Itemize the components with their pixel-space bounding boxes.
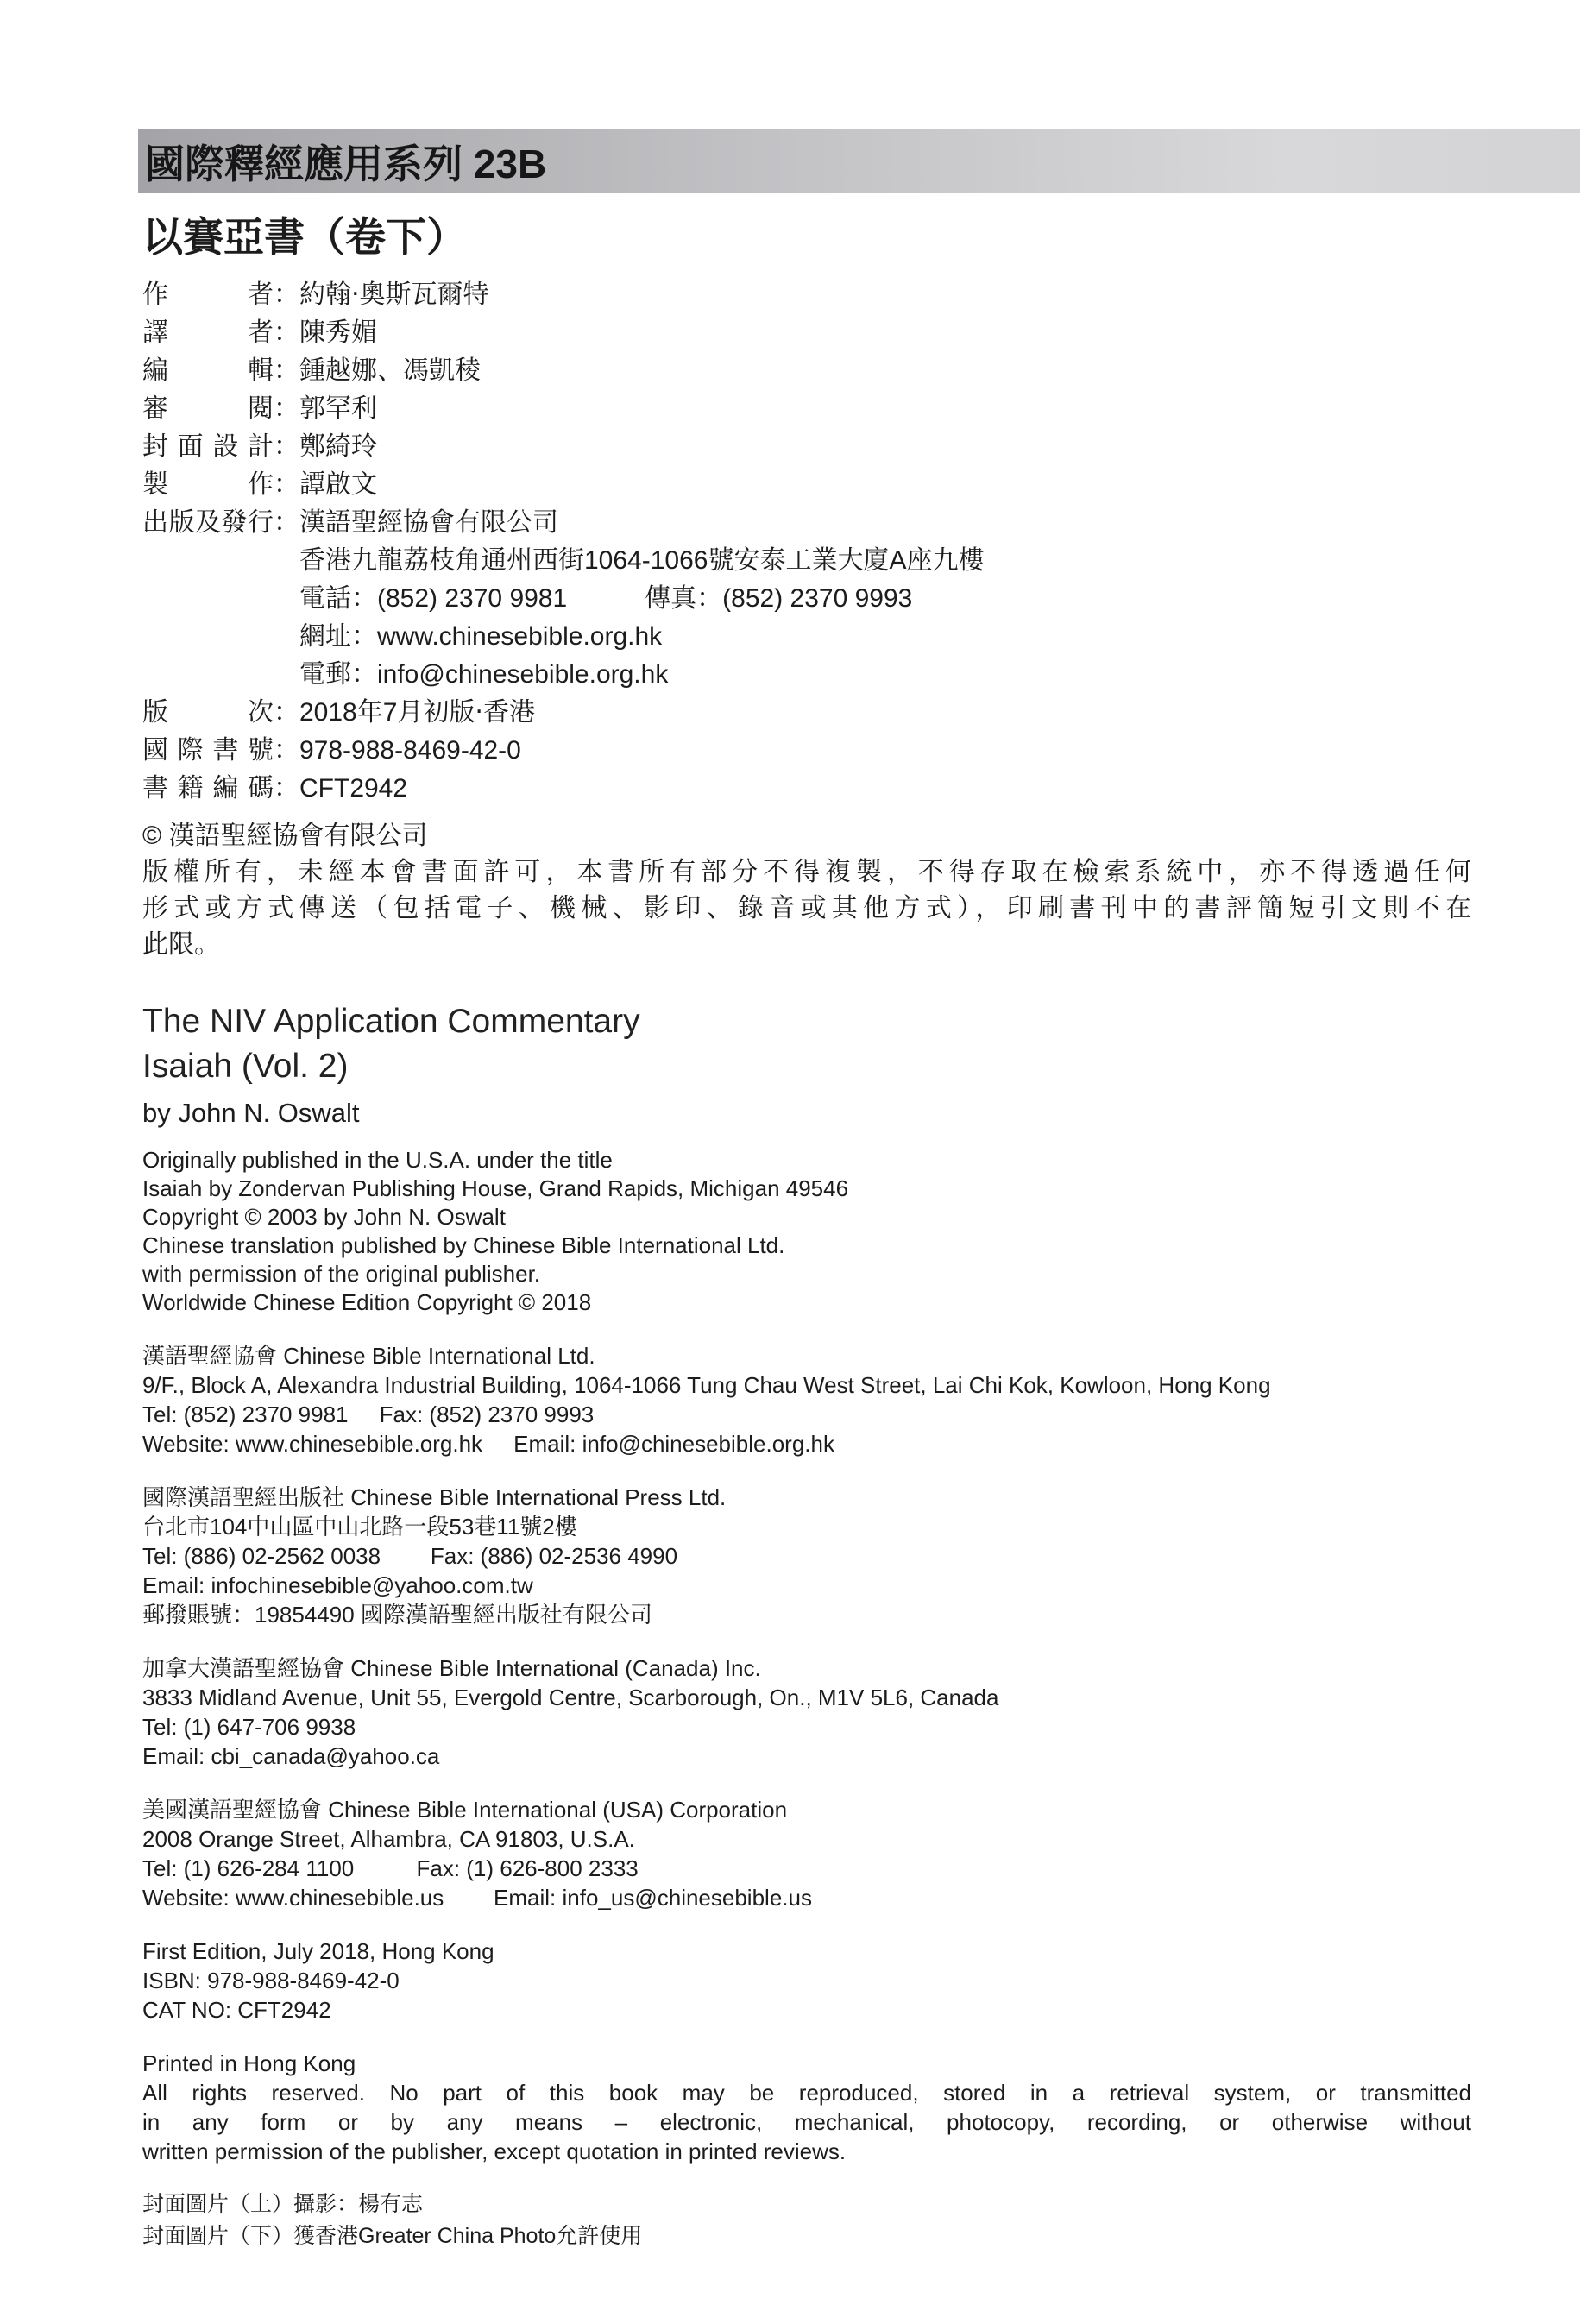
rights-notice-line: written permission of the publisher, exc… — [142, 2137, 1471, 2166]
publisher-email: 電郵：info@chinesebible.org.hk — [299, 656, 1471, 694]
credit-value: CFT2942 — [299, 770, 407, 808]
original-edition-line: with permission of the original publishe… — [142, 1260, 1471, 1288]
credit-colon: ： — [274, 390, 299, 428]
credit-colon: ： — [274, 504, 299, 542]
credit-row-cover-design: 封面設計：鄭綺玲 — [142, 428, 1471, 466]
cover-credits-block: 封面圖片（上）攝影：楊有志 封面圖片（下）獲香港Greater China Ph… — [142, 2189, 1471, 2252]
credit-label: 作者 — [142, 276, 274, 314]
credit-row-editor: 編輯：鍾越娜、馮凱稜 — [142, 352, 1471, 390]
office-tel-fax: Tel: (1) 626-284 1100 Fax: (1) 626-800 2… — [142, 1854, 1471, 1883]
credit-label: 封面設計 — [142, 428, 274, 466]
credit-row-author: 作者：約翰‧奧斯瓦爾特 — [142, 276, 1471, 314]
office-website-email: Website: www.chinesebible.us Email: info… — [142, 1883, 1471, 1912]
publisher-website: 網址：www.chinesebible.org.hk — [299, 618, 1471, 656]
copyright-notice-line: 版權所有，未經本會書面許可，本書所有部分不得複製，不得存取在檢索系統中，亦不得透… — [142, 854, 1471, 891]
edition-info-block: First Edition, July 2018, Hong Kong ISBN… — [142, 1937, 1471, 2025]
colophon-page: 以賽亞書（卷下） 作者：約翰‧奧斯瓦爾特 譯者：陳秀媚 編輯：鍾越娜、馮凱稜 審… — [142, 212, 1471, 2252]
credit-colon: ： — [274, 770, 299, 808]
original-edition-line: Isaiah by Zondervan Publishing House, Gr… — [142, 1175, 1471, 1203]
office-canada: 加拿大漢語聖經協會 Chinese Bible International (C… — [142, 1653, 1471, 1771]
office-tel-fax: Tel: (852) 2370 9981 Fax: (852) 2370 999… — [142, 1400, 1471, 1429]
english-title-line2: Isaiah (Vol. 2) — [142, 1044, 1471, 1089]
printed-location: Printed in Hong Kong — [142, 2049, 1471, 2078]
original-edition-block: Originally published in the U.S.A. under… — [142, 1146, 1471, 1317]
credit-label: 製作 — [142, 466, 274, 504]
credit-label: 國際書號 — [142, 732, 274, 770]
credit-row-isbn: 國際書號：978-988-8469-42-0 — [142, 732, 1471, 770]
book-title: 以賽亞書（卷下） — [142, 212, 1471, 262]
first-edition-line: First Edition, July 2018, Hong Kong — [142, 1937, 1471, 1966]
cover-credit-bottom: 封面圖片（下）獲香港Greater China Photo允許使用 — [142, 2220, 1471, 2252]
credit-row-publisher-block: 出版及發行：漢語聖經協會有限公司 香港九龍荔枝角通州西街1064-1066號安泰… — [142, 504, 1471, 694]
credit-value: 鄭綺玲 — [299, 428, 377, 466]
credit-value: 978-988-8469-42-0 — [299, 732, 521, 770]
office-email: Email: cbi_canada@yahoo.ca — [142, 1741, 1471, 1771]
original-edition-line: Copyright © 2003 by John N. Oswalt — [142, 1203, 1471, 1231]
office-address: 台北市104中山區中山北路一段53巷11號2樓 — [142, 1512, 1471, 1541]
office-postal-account: 郵撥賬號：19854490 國際漢語聖經出版社有限公司 — [142, 1600, 1471, 1629]
printed-block: Printed in Hong Kong All rights reserved… — [142, 2049, 1471, 2166]
copyright-owner: © 漢語聖經協會有限公司 — [142, 818, 1471, 854]
original-edition-line: Chinese translation published by Chinese… — [142, 1231, 1471, 1260]
credit-row-reviewer: 審閱：郭罕利 — [142, 390, 1471, 428]
original-edition-line: Worldwide Chinese Edition Copyright © 20… — [142, 1288, 1471, 1317]
credit-value: 譚啟文 — [299, 466, 377, 504]
credit-row-edition: 版次：2018年7月初版‧香港 — [142, 694, 1471, 732]
series-banner: 國際釋經應用系列 23B — [138, 129, 1580, 193]
english-title: The NIV Application Commentary Isaiah (V… — [142, 999, 1471, 1089]
credit-label: 版次 — [142, 694, 274, 732]
rights-notice-line: All rights reserved. No part of this boo… — [142, 2078, 1471, 2107]
credit-value: 陳秀媚 — [299, 314, 377, 352]
office-address: 9/F., Block A, Alexandra Industrial Buil… — [142, 1370, 1471, 1400]
credit-row-translator: 譯者：陳秀媚 — [142, 314, 1471, 352]
credit-label: 譯者 — [142, 314, 274, 352]
publisher-address: 香港九龍荔枝角通州西街1064-1066號安泰工業大廈A座九樓 — [299, 542, 1471, 580]
byline: by John N. Oswalt — [142, 1096, 1471, 1131]
credit-label: 審閱 — [142, 390, 274, 428]
credits-list: 作者：約翰‧奧斯瓦爾特 譯者：陳秀媚 編輯：鍾越娜、馮凱稜 審閱：郭罕利 封面設… — [142, 276, 1471, 808]
cat-no-line: CAT NO: CFT2942 — [142, 1995, 1471, 2025]
series-banner-text: 國際釋經應用系列 23B — [145, 133, 546, 190]
credit-colon: ： — [274, 314, 299, 352]
isbn-line: ISBN: 978-988-8469-42-0 — [142, 1966, 1471, 1995]
office-address: 2008 Orange Street, Alhambra, CA 91803, … — [142, 1824, 1471, 1854]
office-usa: 美國漢語聖經協會 Chinese Bible International (US… — [142, 1795, 1471, 1912]
office-name: 加拿大漢語聖經協會 Chinese Bible International (C… — [142, 1653, 1471, 1683]
office-name: 漢語聖經協會 Chinese Bible International Ltd. — [142, 1341, 1471, 1370]
copyright-notice-line: 此限。 — [142, 927, 1471, 963]
credit-label: 編輯 — [142, 352, 274, 390]
credit-colon: ： — [274, 276, 299, 314]
office-website-email: Website: www.chinesebible.org.hk Email: … — [142, 1429, 1471, 1458]
office-name: 美國漢語聖經協會 Chinese Bible International (US… — [142, 1795, 1471, 1824]
copyright-notice-line: 形式或方式傳送（包括電子、機械、影印、錄音或其他方式），印刷書刊中的書評簡短引文… — [142, 891, 1471, 927]
credit-colon: ： — [274, 428, 299, 466]
office-address: 3833 Midland Avenue, Unit 55, Evergold C… — [142, 1683, 1471, 1712]
credit-label: 出版及發行 — [142, 504, 274, 542]
credit-row-publisher: 出版及發行：漢語聖經協會有限公司 — [142, 504, 1471, 542]
original-edition-line: Originally published in the U.S.A. under… — [142, 1146, 1471, 1175]
credit-colon: ： — [274, 352, 299, 390]
office-tel-fax: Tel: (886) 02-2562 0038 Fax: (886) 02-25… — [142, 1541, 1471, 1571]
office-name: 國際漢語聖經出版社 Chinese Bible International Pr… — [142, 1483, 1471, 1512]
credit-label: 書籍編碼 — [142, 770, 274, 808]
credit-value: 郭罕利 — [299, 390, 377, 428]
credit-row-production: 製作：譚啟文 — [142, 466, 1471, 504]
credit-value: 約翰‧奧斯瓦爾特 — [299, 276, 489, 314]
publisher-phone-fax: 電話：(852) 2370 9981 傳真：(852) 2370 9993 — [299, 580, 1471, 618]
credit-colon: ： — [274, 732, 299, 770]
office-hong-kong: 漢語聖經協會 Chinese Bible International Ltd. … — [142, 1341, 1471, 1458]
office-email: Email: infochinesebible@yahoo.com.tw — [142, 1571, 1471, 1600]
credit-colon: ： — [274, 466, 299, 504]
credit-value: 2018年7月初版‧香港 — [299, 694, 535, 732]
english-title-line1: The NIV Application Commentary — [142, 999, 1471, 1044]
rights-notice-line: in any form or by any means – electronic… — [142, 2107, 1471, 2137]
cover-credit-top: 封面圖片（上）攝影：楊有志 — [142, 2189, 1471, 2220]
credit-value: 鍾越娜、馮凱稜 — [299, 352, 481, 390]
chinese-copyright-block: © 漢語聖經協會有限公司 版權所有，未經本會書面許可，本書所有部分不得複製，不得… — [142, 818, 1471, 963]
credit-colon: ： — [274, 694, 299, 732]
office-taiwan: 國際漢語聖經出版社 Chinese Bible International Pr… — [142, 1483, 1471, 1629]
credit-row-cat-no: 書籍編碼：CFT2942 — [142, 770, 1471, 808]
office-tel: Tel: (1) 647-706 9938 — [142, 1712, 1471, 1741]
credit-value: 漢語聖經協會有限公司 — [299, 504, 558, 542]
